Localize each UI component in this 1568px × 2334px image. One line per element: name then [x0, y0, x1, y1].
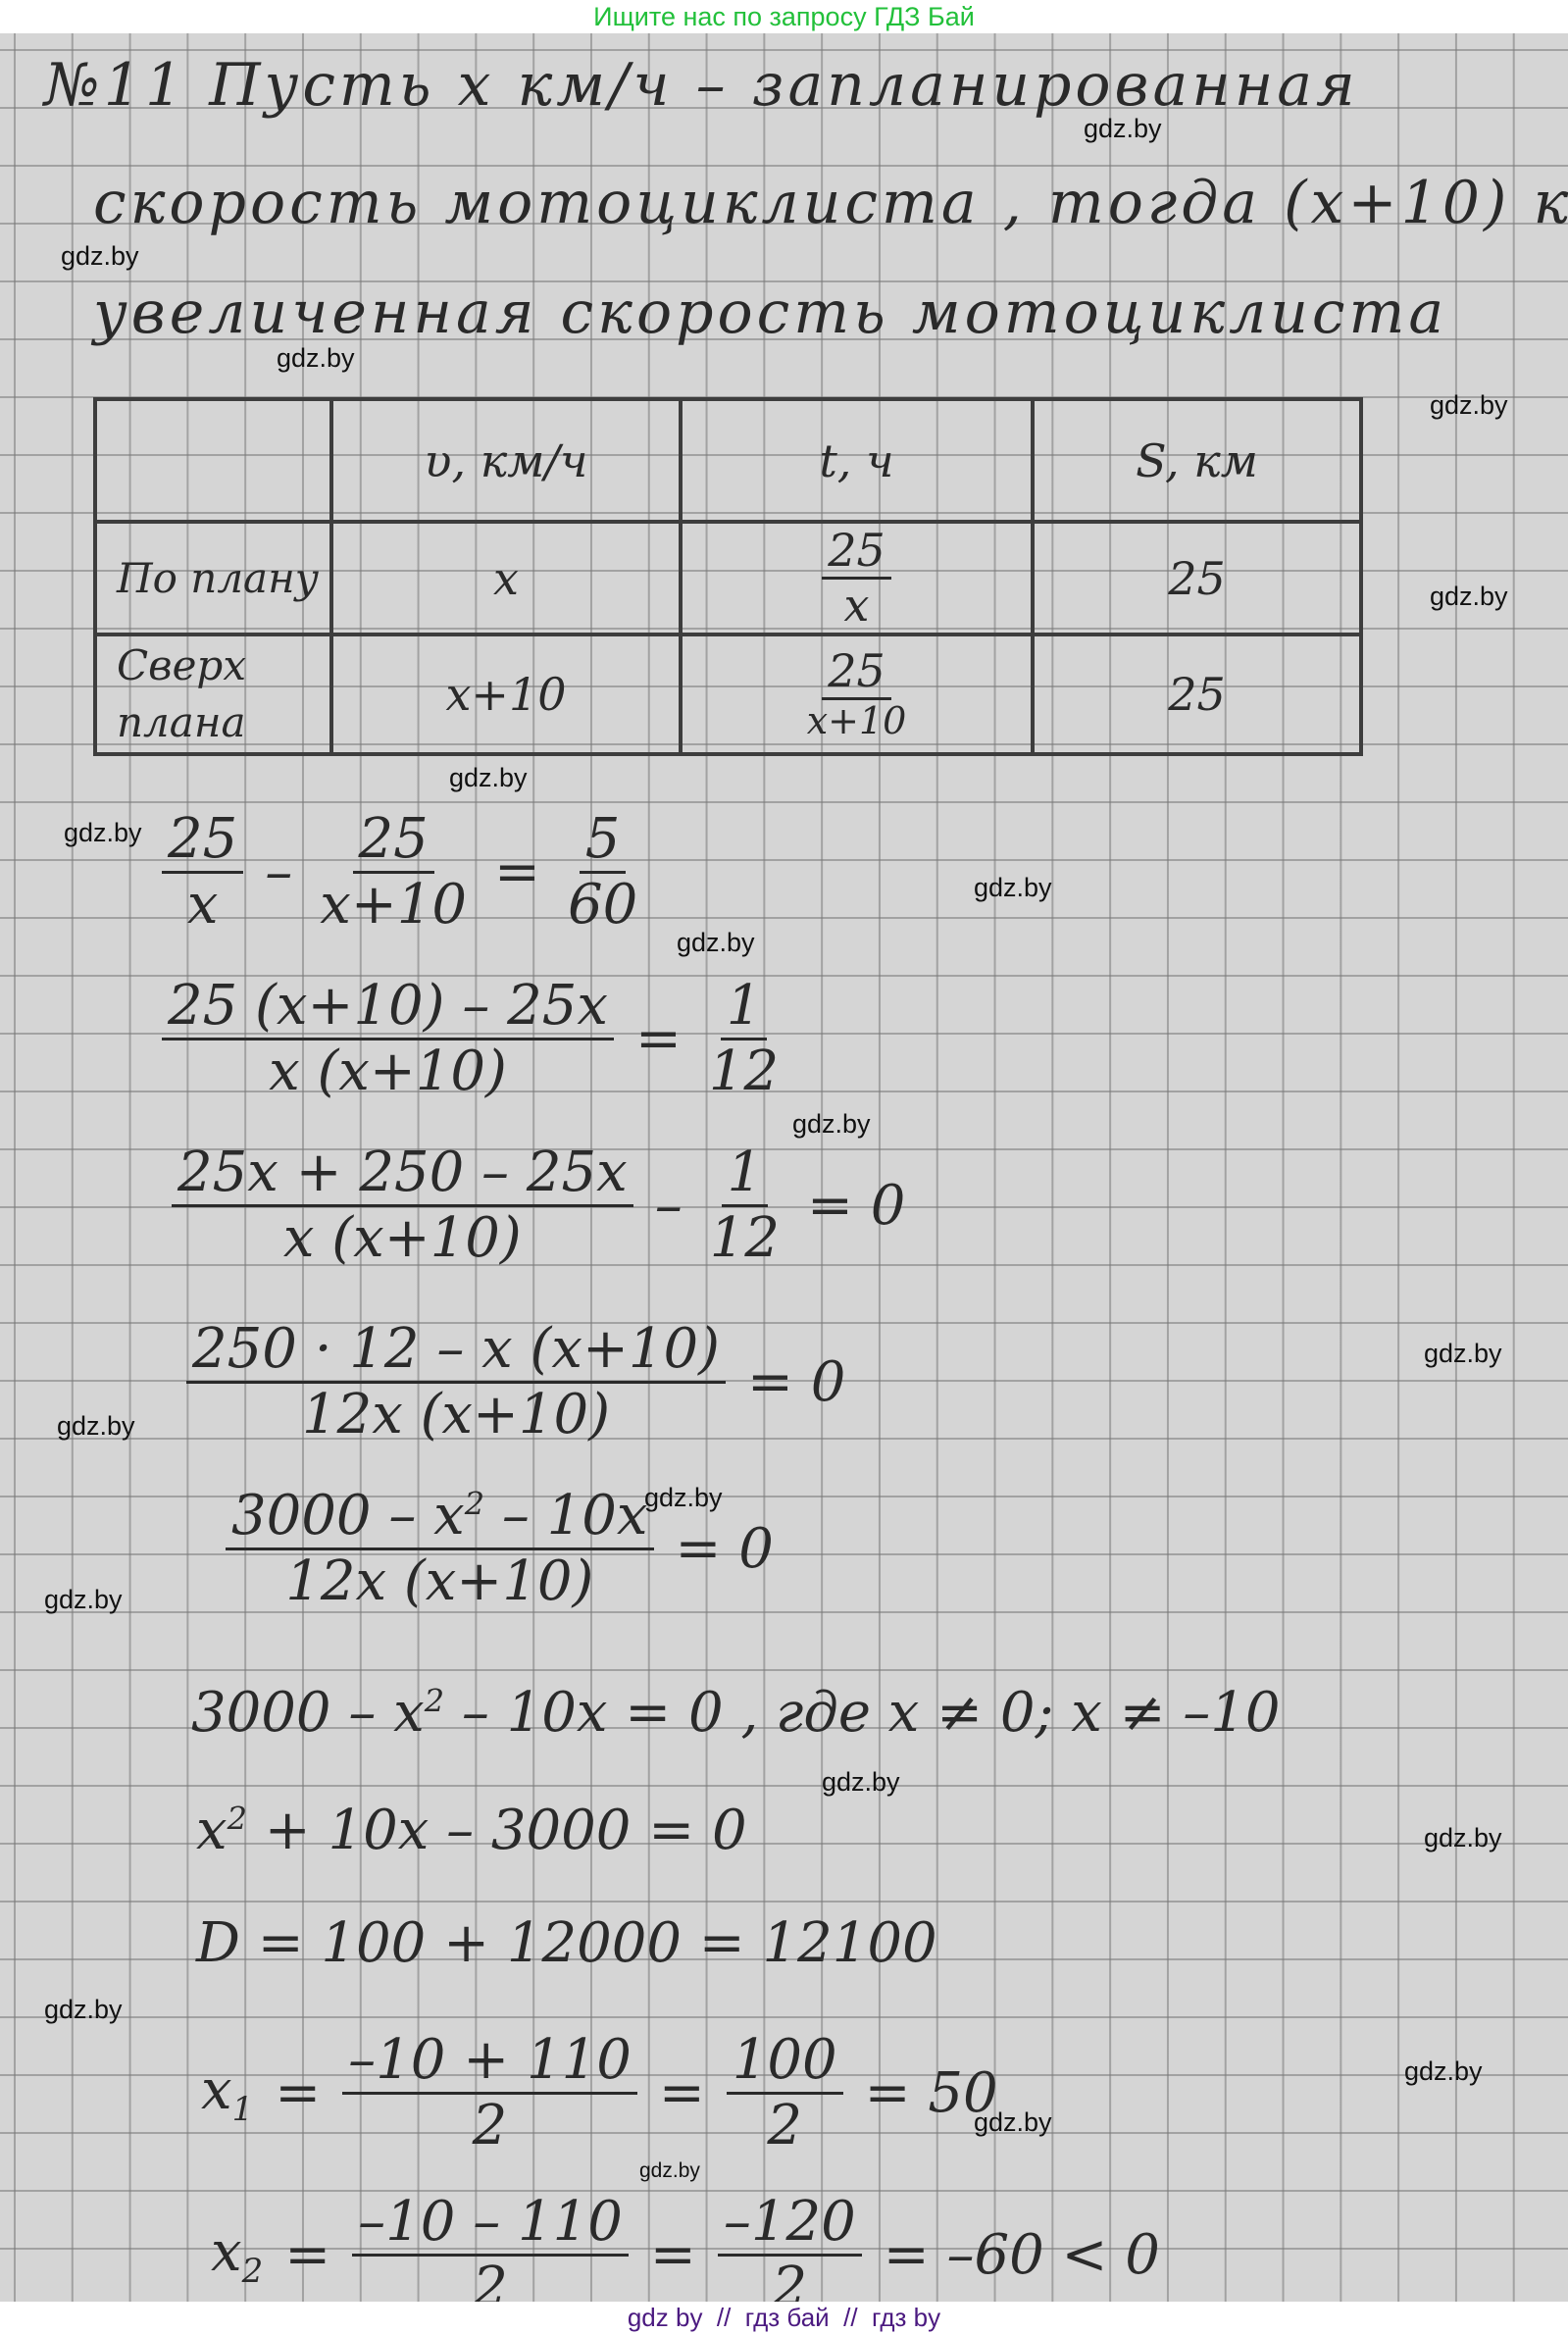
intro-line-2: скорость мотоциклиста , тогда (x+10) км/… — [93, 169, 1568, 237]
table-cell-speed: x+10 — [331, 634, 681, 754]
fraction-denominator: 2 — [467, 2095, 514, 2157]
variable: x1 — [201, 2058, 253, 2129]
operator: = — [635, 1007, 682, 1071]
fraction: –120 2 — [718, 2191, 862, 2320]
watermark: gdz.by — [1430, 582, 1508, 612]
operator: = — [275, 2061, 321, 2125]
table-header-cell — [95, 399, 331, 522]
watermark: gdz.by — [822, 1767, 900, 1798]
table-cell-distance: 25 — [1033, 634, 1361, 754]
table-header-cell: t, ч — [681, 399, 1033, 522]
watermark: gdz.by — [677, 928, 755, 958]
fraction-denominator: x+10 — [314, 874, 473, 937]
intro-line-3: увеличенная скорость мотоциклиста — [93, 279, 1447, 347]
watermark: gdz.by — [277, 343, 355, 374]
fraction-denominator: x (x+10) — [263, 1040, 513, 1103]
equation-text: D = 100 + 12000 = 12100 — [196, 1911, 937, 1975]
fraction-numerator: 25 — [822, 525, 891, 580]
result: = –60 < 0 — [884, 2223, 1160, 2287]
operator: = — [494, 840, 540, 904]
table-cell-time: 25 x — [681, 522, 1033, 634]
fraction-denominator: 12x (x+10) — [296, 1384, 616, 1446]
equation-10: x2 = –10 – 110 2 = –120 2 = –60 < 0 — [211, 2191, 1160, 2320]
table-row-label: По плану — [95, 522, 331, 634]
watermark: gdz.by — [639, 2159, 700, 2183]
watermark: gdz.by — [974, 873, 1052, 903]
fraction-denominator: 2 — [761, 2095, 808, 2157]
operator: = 0 — [676, 1517, 774, 1581]
intro-line-1: №11 Пусть x км/ч – запланированная — [44, 51, 1359, 120]
table-row-label: Сверх плана — [95, 634, 331, 754]
fraction: 25 x+10 — [801, 645, 913, 743]
subscript: 2 — [242, 2252, 264, 2291]
fraction: 1 12 — [704, 1142, 785, 1271]
watermark: gdz.by — [974, 2107, 1052, 2138]
term: – 10x — [484, 1484, 647, 1548]
equation-3: 25x + 250 – 25x x (x+10) – 1 12 = 0 — [172, 1142, 905, 1271]
table-header-cell: S, км — [1033, 399, 1361, 522]
fraction-numerator: 1 — [722, 1142, 769, 1207]
operator: = — [284, 2223, 330, 2287]
watermark: gdz.by — [1404, 2056, 1483, 2087]
fraction: –10 + 110 2 — [342, 2029, 637, 2158]
fraction-numerator: –10 + 110 — [342, 2029, 637, 2095]
equation-2: 25 (x+10) – 25x x (x+10) = 1 12 — [162, 975, 784, 1104]
fraction-numerator: 1 — [721, 975, 768, 1040]
watermark: gdz.by — [1430, 390, 1508, 421]
equation-8: D = 100 + 12000 = 12100 — [196, 1911, 937, 1975]
fraction-denominator: x — [181, 874, 225, 937]
variable-name: x — [211, 2220, 242, 2284]
table-cell-time: 25 x+10 — [681, 634, 1033, 754]
fraction: 100 2 — [727, 2029, 843, 2158]
watermark: gdz.by — [57, 1411, 135, 1442]
exponent: 2 — [465, 1485, 484, 1522]
fraction: 25 x — [822, 525, 891, 632]
equation-9: x1 = –10 + 110 2 = 100 2 = 50 — [201, 2029, 998, 2158]
equation-1: 25 x – 25 x+10 = 5 60 — [162, 808, 643, 938]
equation-text: x2 + 10x – 3000 = 0 — [196, 1799, 747, 1862]
fraction: 1 12 — [703, 975, 784, 1104]
equation-text: 3000 – x2 – 10x = 0 , где x ≠ 0; x ≠ –10 — [191, 1681, 1281, 1745]
equation-7: x2 + 10x – 3000 = 0 — [196, 1799, 747, 1862]
term: + 10x – 3000 = 0 — [247, 1799, 747, 1862]
fraction-denominator: 12x (x+10) — [279, 1550, 599, 1613]
term: x — [196, 1799, 228, 1862]
watermark: gdz.by — [644, 1483, 723, 1513]
fraction-numerator: 250 · 12 – x (x+10) — [186, 1318, 726, 1384]
watermark: gdz.by — [449, 763, 528, 793]
fraction-numerator: –120 — [718, 2191, 862, 2257]
fraction-numerator: 100 — [727, 2029, 843, 2095]
data-table: υ, км/ч t, ч S, км По плану x 25 x 25 Св… — [93, 397, 1363, 756]
fraction-denominator: 60 — [562, 874, 643, 937]
watermark: gdz.by — [64, 818, 142, 848]
top-banner-text: Ищите нас по запросу ГДЗ Бай — [593, 2, 975, 31]
fraction-denominator: x (x+10) — [278, 1207, 528, 1270]
fraction: –10 – 110 2 — [352, 2191, 629, 2320]
table-row: По плану x 25 x 25 — [95, 522, 1361, 634]
fraction: 25 (x+10) – 25x x (x+10) — [162, 975, 614, 1104]
term: – 10x = 0 , где x ≠ 0; x ≠ –10 — [444, 1681, 1281, 1745]
table-header-cell: υ, км/ч — [331, 399, 681, 522]
fraction: 250 · 12 – x (x+10) 12x (x+10) — [186, 1318, 726, 1447]
operator: = — [659, 2061, 705, 2125]
fraction-numerator: 5 — [580, 808, 627, 874]
table-cell-distance: 25 — [1033, 522, 1361, 634]
watermark: gdz.by — [44, 1585, 123, 1615]
fraction-denominator: x+10 — [801, 700, 913, 743]
watermark: gdz.by — [1424, 1339, 1502, 1369]
fraction-denominator: 12 — [704, 1207, 785, 1270]
bottom-banner: gdz by // гдз бай // гдз by — [0, 2302, 1568, 2334]
top-banner: Ищите нас по запросу ГДЗ Бай — [0, 0, 1568, 33]
fraction-numerator: 25 (x+10) – 25x — [162, 975, 614, 1040]
term: 3000 – x — [231, 1484, 465, 1548]
equation-6: 3000 – x2 – 10x = 0 , где x ≠ 0; x ≠ –10 — [191, 1681, 1281, 1745]
watermark: gdz.by — [44, 1995, 123, 2025]
fraction-denominator: x — [838, 580, 876, 632]
fraction-numerator: 3000 – x2 – 10x — [226, 1485, 654, 1550]
operator: = 0 — [807, 1174, 905, 1238]
fraction-numerator: –10 – 110 — [352, 2191, 629, 2257]
fraction-denominator: 12 — [703, 1040, 784, 1103]
fraction: 3000 – x2 – 10x 12x (x+10) — [226, 1485, 654, 1614]
watermark: gdz.by — [1424, 1823, 1502, 1853]
notebook-page: №11 Пусть x км/ч – запланированная скоро… — [0, 33, 1568, 2302]
fraction-numerator: 25 — [162, 808, 243, 874]
term: 3000 – x — [191, 1681, 425, 1745]
operator: = 0 — [747, 1350, 845, 1414]
table-cell-speed: x — [331, 522, 681, 634]
exponent: 2 — [228, 1800, 247, 1837]
watermark: gdz.by — [61, 241, 139, 272]
watermark: gdz.by — [1084, 114, 1162, 144]
table-header-row: υ, км/ч t, ч S, км — [95, 399, 1361, 522]
operator: = — [650, 2223, 696, 2287]
table-row: Сверх плана x+10 25 x+10 25 — [95, 634, 1361, 754]
watermark: gdz.by — [792, 1109, 871, 1140]
subscript: 1 — [232, 2090, 254, 2129]
operator: – — [655, 1174, 683, 1238]
fraction: 25x + 250 – 25x x (x+10) — [172, 1142, 633, 1271]
fraction-numerator: 25 — [353, 808, 434, 874]
fraction-numerator: 25x + 250 – 25x — [172, 1142, 633, 1207]
fraction-numerator: 25 — [822, 645, 891, 700]
fraction: 5 60 — [562, 808, 643, 938]
operator: – — [265, 840, 292, 904]
variable: x2 — [211, 2220, 263, 2291]
equation-4: 250 · 12 – x (x+10) 12x (x+10) = 0 — [186, 1318, 845, 1447]
variable-name: x — [201, 2058, 232, 2122]
fraction: 25 x+10 — [314, 808, 473, 938]
bottom-banner-text[interactable]: gdz by // гдз бай // гдз by — [628, 2303, 940, 2332]
exponent: 2 — [425, 1682, 444, 1719]
fraction: 25 x — [162, 808, 243, 938]
